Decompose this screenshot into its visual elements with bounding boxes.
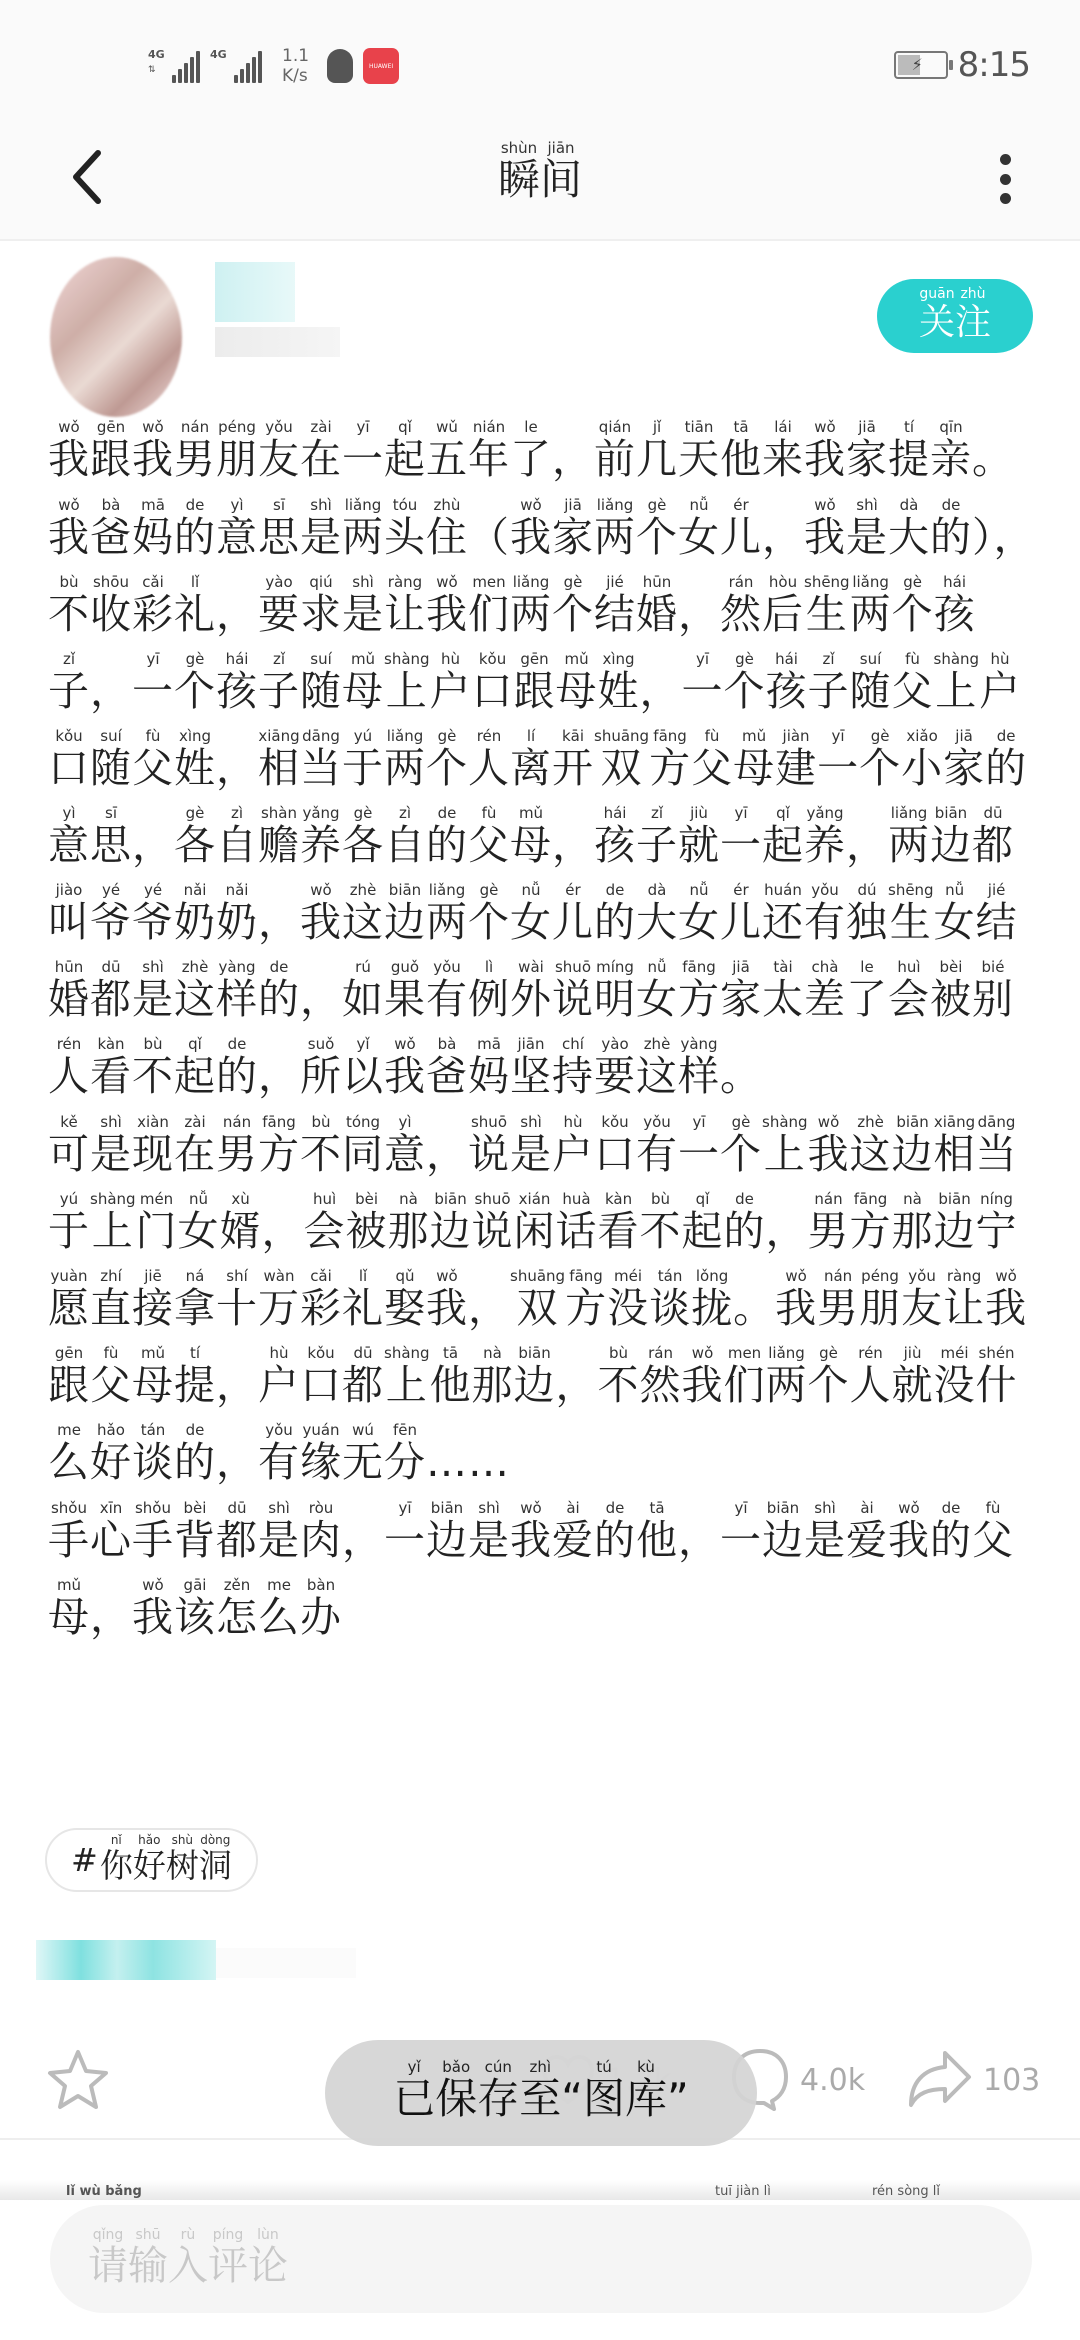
tab-gift-senders-pinyin[interactable]: rén sòng lǐ — [872, 2184, 940, 2199]
paragraph-2: 我wǒ爸bà妈mā的de意yì思sī是shì两liǎng头tóu住zhù（ 我w… — [48, 498, 1038, 1115]
huawei-appgallery-icon: HUAWEI — [363, 48, 399, 84]
comment-placeholder: 请qǐng输shū入rù评píng论lùn — [88, 2228, 288, 2291]
status-right: ⚡ 8:15 — [894, 45, 1030, 85]
author-row: 关guān注zhù — [0, 242, 1080, 412]
paragraph-1: 我wǒ跟gēn我wǒ男nán朋péng友yǒu在zài一yī起qǐ五wǔ年niá… — [48, 420, 1038, 498]
saved-to-gallery-toast: 已yǐ保bǎo存cún至zhì“ 图tú库kù” — [325, 2040, 757, 2146]
status-left: 4G ⇅ 4G 1.1 K/s HUAWEI — [148, 44, 399, 88]
network-speed: 1.1 K/s — [282, 46, 309, 86]
app-badge-label: HUAWEI — [369, 63, 393, 70]
favorite-button[interactable] — [44, 2025, 112, 2135]
avatar[interactable] — [50, 257, 182, 417]
qq-icon — [327, 49, 353, 83]
network-type-1: 4G — [148, 49, 165, 60]
speed-unit: K/s — [282, 66, 309, 86]
signal-4g-icon: 4G — [210, 49, 262, 83]
signal-4g-icon: 4G ⇅ — [148, 49, 200, 83]
hashtag-chip[interactable]: # 你nǐ好hǎo树shù洞dòng — [45, 1828, 258, 1892]
share-arrow-icon — [905, 2049, 973, 2111]
more-button[interactable] — [990, 149, 1020, 209]
clock: 8:15 — [958, 45, 1030, 85]
paragraph-3: 可kě是shì现xiàn在zài男nán方fāng不bù同tóng意yì， 说s… — [48, 1115, 1038, 1501]
hashtag-label: 你nǐ好hǎo树shù洞dòng — [100, 1834, 232, 1887]
star-icon — [44, 2047, 112, 2113]
hash-symbol: # — [71, 1841, 98, 1879]
share-count: 103 — [983, 2063, 1040, 2098]
network-type-2: 4G — [210, 49, 227, 60]
speed-value: 1.1 — [282, 46, 309, 66]
comment-tabs-strip: lǐ wù bǎng tuī jiàn lì rén sòng lǐ — [0, 2180, 1080, 2200]
more-vertical-icon — [1000, 154, 1011, 165]
tab-recommend-pinyin[interactable]: tuī jiàn lì — [715, 2184, 771, 2199]
author-meta-blurred — [215, 327, 340, 357]
topic-link-tail-blurred — [216, 1948, 356, 1978]
status-bar: 4G ⇅ 4G 1.1 K/s HUAWEI ⚡ 8:15 — [0, 0, 1080, 105]
follow-button[interactable]: 关guān注zhù — [877, 279, 1033, 353]
paragraph-4: 手shǒu心xīn手shǒu背bèi都dū是shì肉ròu， 一yī边biān是… — [48, 1501, 1038, 1656]
share-button[interactable]: 103 — [905, 2025, 1040, 2135]
topic-link-blurred[interactable] — [36, 1940, 216, 1980]
post-content: 我wǒ跟gēn我wǒ男nán朋péng友yǒu在zài一yī起qǐ五wǔ年niá… — [48, 420, 1038, 1656]
app-header: 瞬shùn间jiān — [0, 105, 1080, 241]
comment-count: 4.0k — [800, 2063, 865, 2098]
tab-gift-ranking-pinyin[interactable]: lǐ wù bǎng — [66, 2184, 142, 2199]
toast-message: 已yǐ保bǎo存cún至zhì“ 图tú库kù” — [393, 2060, 689, 2126]
author-name-blurred[interactable] — [215, 262, 295, 322]
data-arrows: ⇅ — [148, 66, 156, 75]
battery-charging-icon: ⚡ — [894, 51, 948, 79]
page-title: 瞬shùn间jiān — [0, 141, 1080, 207]
comment-input[interactable]: 请qǐng输shū入rù评píng论lùn — [50, 2205, 1032, 2313]
